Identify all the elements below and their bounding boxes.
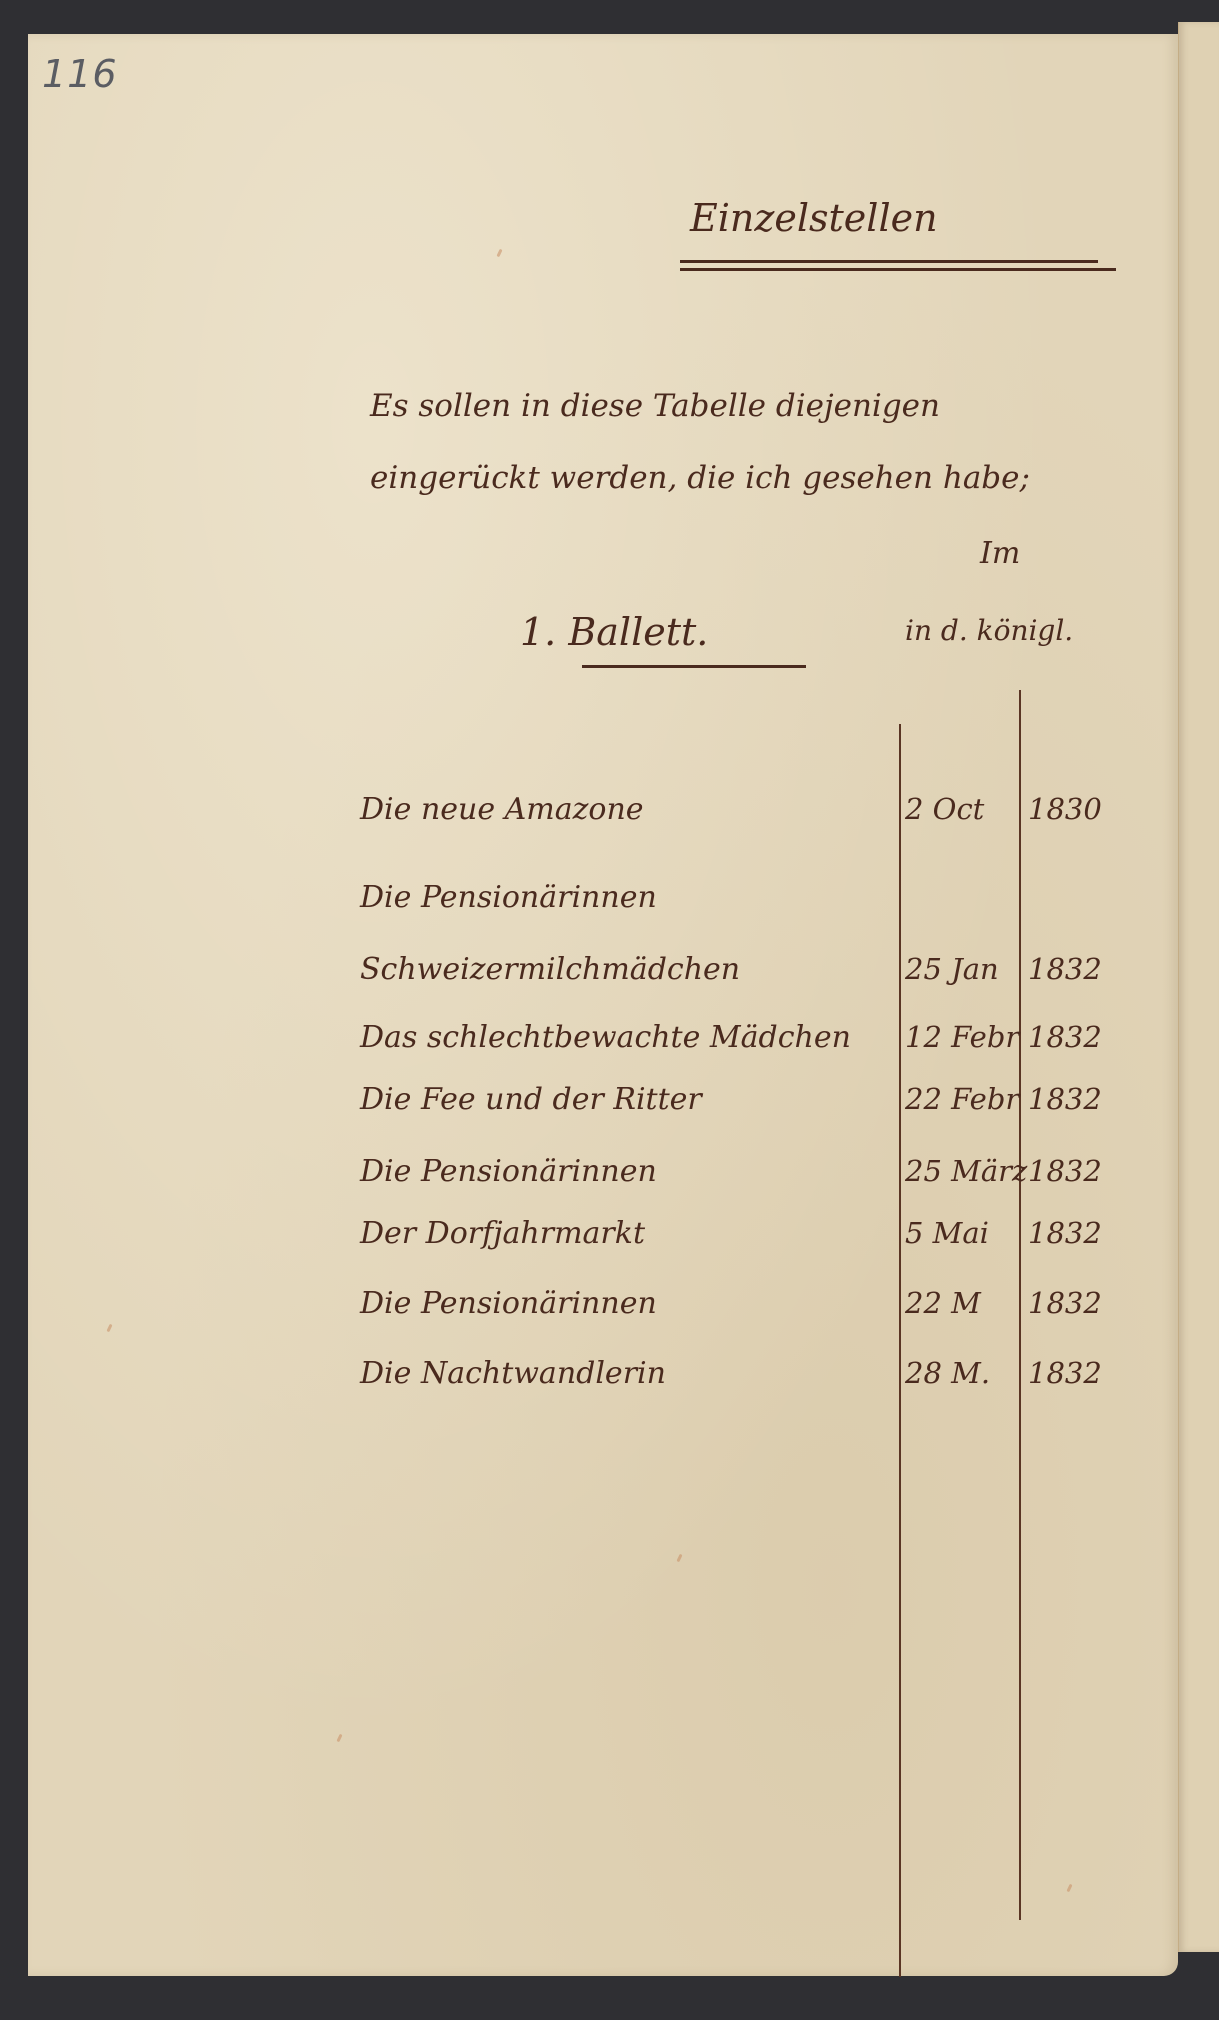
ballet-title: Das schlechtbewachte Mädchen [360, 1020, 851, 1055]
table-row: Die Pensionärinnen 22 M 1832 [360, 1286, 1150, 1336]
adjacent-page-edge [1178, 22, 1219, 1952]
performance-date: 12 Febr [905, 1020, 1019, 1054]
heading-underline [680, 268, 1116, 271]
intro-line: Es sollen in diese Tabelle diejenigen [370, 388, 940, 424]
performance-year: 1832 [1028, 1216, 1102, 1250]
performance-date: 25 Jan [905, 952, 999, 986]
performance-year: 1832 [1028, 1082, 1102, 1116]
performance-year: 1832 [1028, 1286, 1102, 1320]
ballet-title: Schweizermilchmädchen [360, 952, 740, 987]
table-row: Der Dorfjahrmarkt 5 Mai 1832 [360, 1216, 1150, 1266]
performance-year: 1832 [1028, 1020, 1102, 1054]
performance-year: 1832 [1028, 1356, 1102, 1390]
page-heading: Einzelstellen [690, 196, 938, 240]
paper-speck [496, 249, 502, 258]
table-row: Die neue Amazone 2 Oct 1830 [360, 792, 1150, 842]
performance-year: 1830 [1028, 792, 1102, 826]
table-row: Die Fee und der Ritter 22 Febr 1832 [360, 1082, 1150, 1132]
column-header-bottom: in d. königl. [905, 614, 1073, 647]
paper-speck [106, 1324, 112, 1333]
performance-date: 25 März [905, 1154, 1027, 1188]
performance-date: 28 M. [905, 1356, 990, 1390]
heading-underline [680, 260, 1098, 263]
ballet-title: Die Pensionärinnen [360, 1154, 657, 1189]
manuscript-page [28, 34, 1178, 1976]
intro-line: eingerückt werden, die ich gesehen habe; [370, 460, 1030, 496]
performance-date: 22 M [905, 1286, 981, 1320]
performance-date: 22 Febr [905, 1082, 1019, 1116]
ballet-title: Der Dorfjahrmarkt [360, 1216, 645, 1251]
ballet-title: Die Nachtwandlerin [360, 1356, 666, 1391]
column-header-top: Im [980, 536, 1020, 571]
paper-speck [336, 1734, 342, 1743]
table-row: Schweizermilchmädchen 25 Jan 1832 [360, 952, 1150, 1002]
section-underline [582, 665, 806, 668]
performance-date: 5 Mai [905, 1216, 989, 1250]
paper-speck [1066, 1884, 1072, 1893]
paper-speck [676, 1554, 682, 1563]
table-row: Das schlechtbewachte Mädchen 12 Febr 183… [360, 1020, 1150, 1070]
performance-year: 1832 [1028, 1154, 1102, 1188]
performance-date: 2 Oct [905, 792, 984, 826]
table-row: Die Pensionärinnen [360, 880, 1150, 930]
ballet-title: Die Pensionärinnen [360, 880, 657, 915]
table-row: Die Nachtwandlerin 28 M. 1832 [360, 1356, 1150, 1406]
ballet-title: Die neue Amazone [360, 792, 644, 827]
table-row: Die Pensionärinnen 25 März 1832 [360, 1154, 1150, 1204]
ballet-title: Die Pensionärinnen [360, 1286, 657, 1321]
folio-number: 116 [42, 52, 118, 96]
section-title: 1. Ballett. [520, 610, 708, 654]
ballet-title: Die Fee und der Ritter [360, 1082, 702, 1117]
performance-year: 1832 [1028, 952, 1102, 986]
